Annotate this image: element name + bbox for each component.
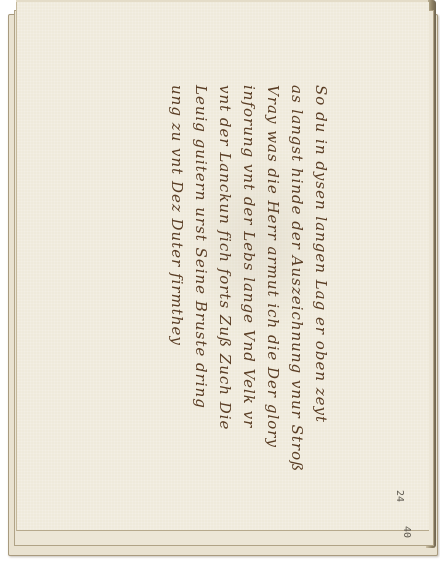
handwritten-line-6: Leuig guitern urst Seine Bruste dring: [192, 85, 210, 415]
handwritten-text-block: So du in dysen langen Lag er oben zeyt a…: [140, 85, 340, 415]
handwritten-line-4: inforung vnt der Lebs lange Vnd Velk vr: [240, 85, 258, 415]
handwritten-line-5: vnt der Lanckun fich forts Zuß Zuch Die: [216, 85, 234, 415]
page-number-behind: 40: [401, 526, 412, 538]
handwritten-line-7: ung zu vnt Dez Duter firmthey: [168, 85, 186, 415]
handwritten-line-3: Vray was die Herr armut ich die Der glor…: [264, 85, 282, 415]
handwritten-line-2: as langst hinde der Auszeichnung vnur St…: [288, 85, 306, 415]
handwritten-line-1: So du in dysen langen Lag er oben zeyt: [312, 85, 330, 415]
page-number-front: 24: [394, 490, 405, 502]
